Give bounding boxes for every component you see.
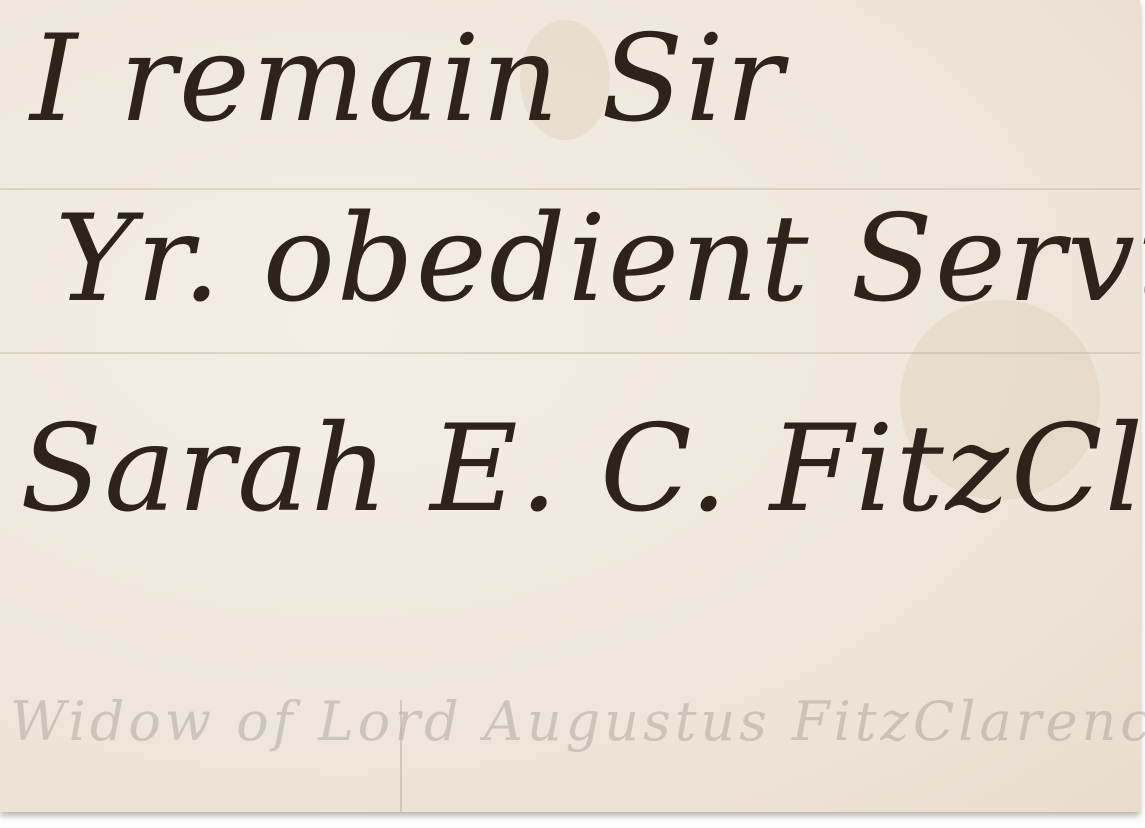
letter-paper: I remain Sir Yr. obedient Servt. Sarah E… [0,0,1140,812]
signature: Sarah E. C. FitzClarence [20,400,1145,539]
pencil-annotation: Widow of Lord Augustus FitzClarence [10,690,1145,753]
closing-line: I remain Sir [30,10,785,149]
paper-tear [400,700,402,812]
closing-line-servant: Yr. obedient Servt. [55,190,1145,329]
